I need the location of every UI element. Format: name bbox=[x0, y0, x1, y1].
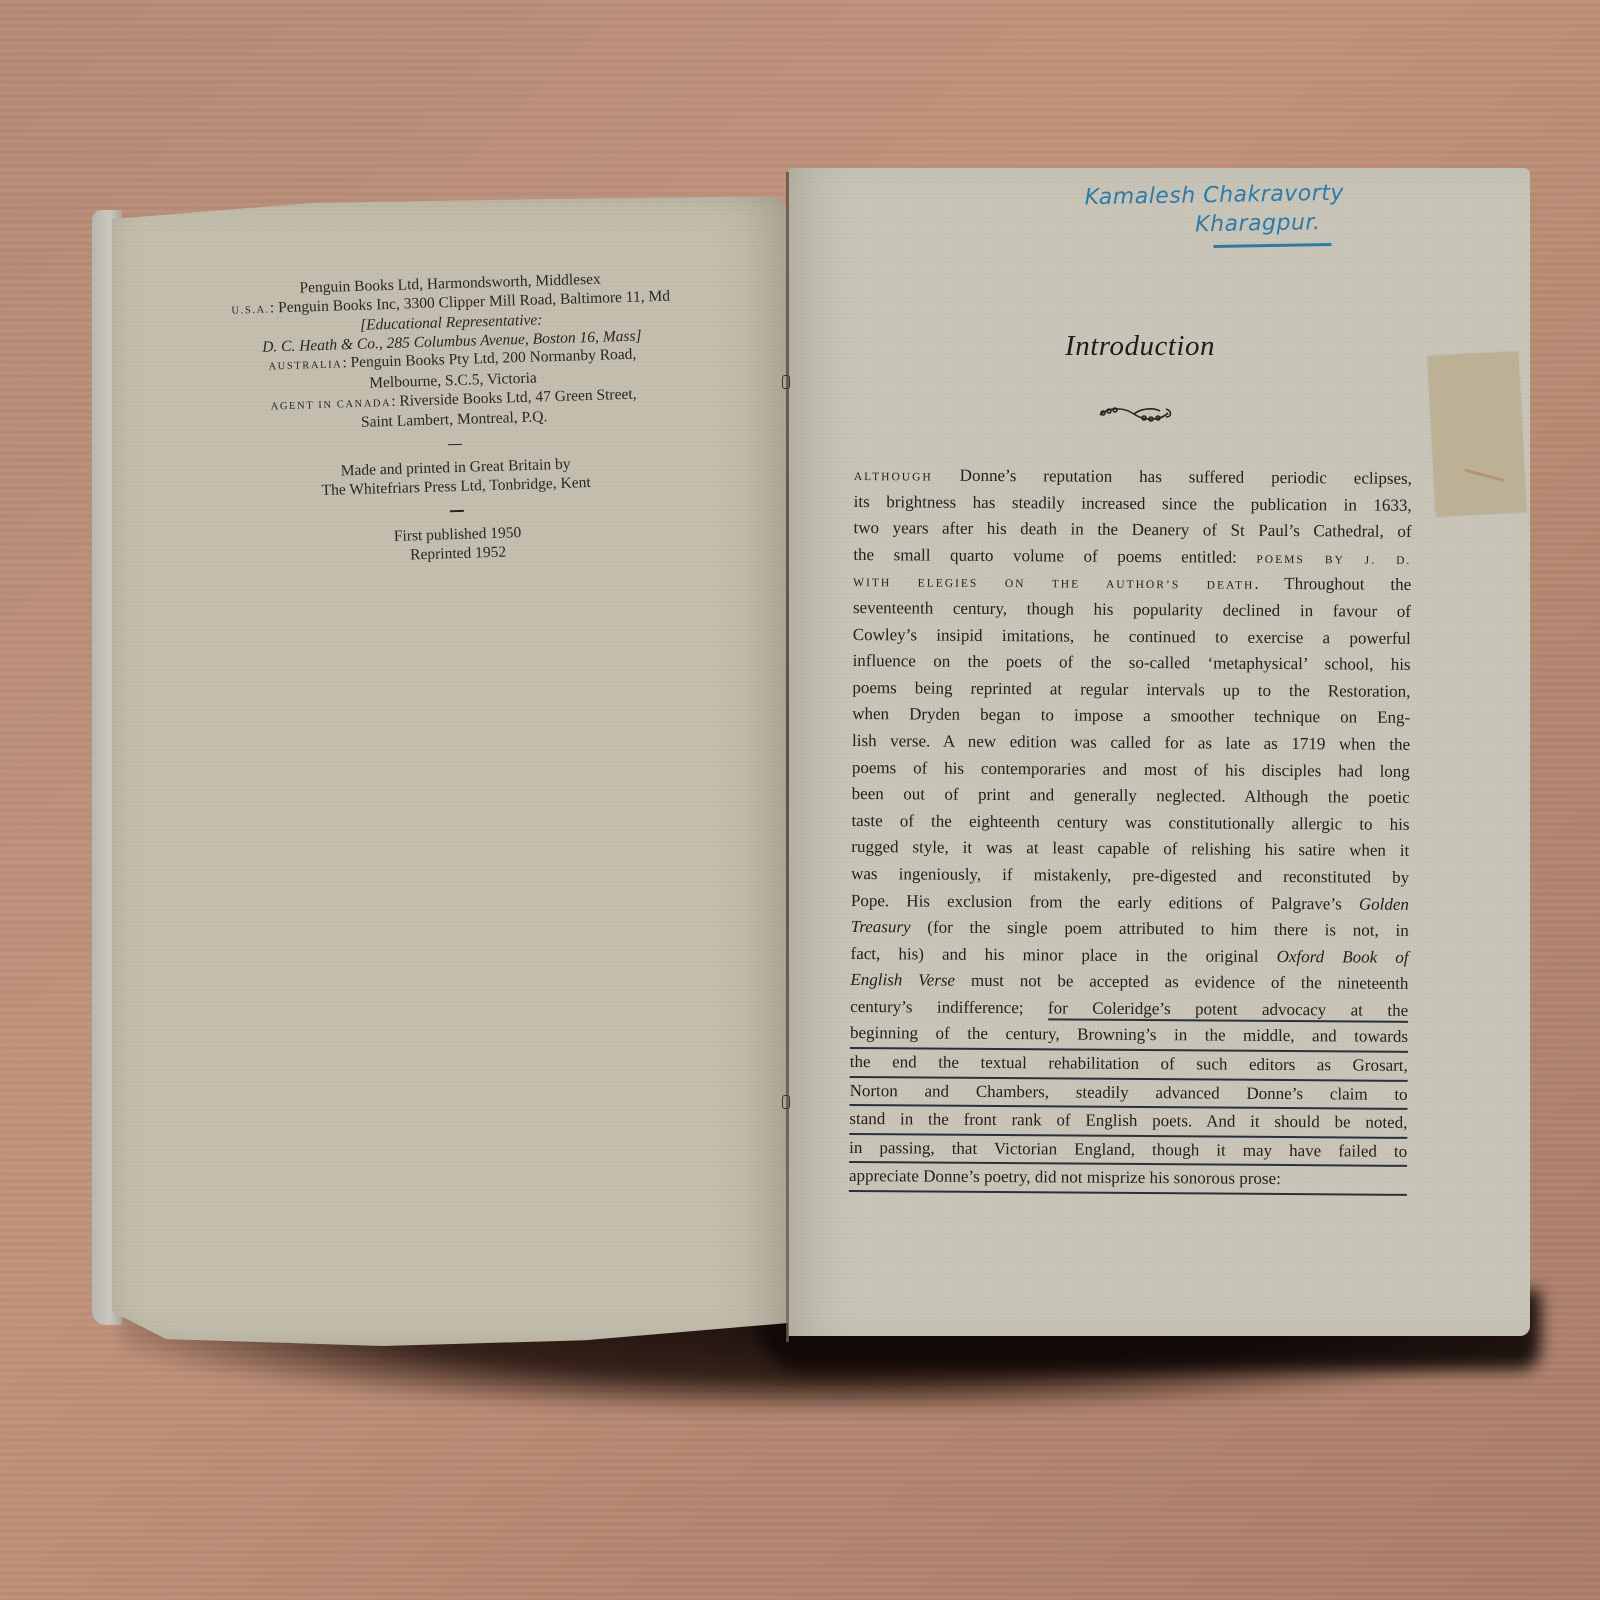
text-line: the small quarto volume of poems entitle… bbox=[853, 542, 1411, 572]
printer-lines: Made and printed in Great Britain byThe … bbox=[190, 451, 721, 504]
text-run: two years after his death in the Deanery… bbox=[853, 518, 1411, 541]
text-line: Treasury (for the single poem attributed… bbox=[851, 914, 1409, 944]
fleuron-ornament-icon bbox=[1094, 403, 1174, 425]
text-run: Cowley’s insipid imitations, he continue… bbox=[853, 625, 1411, 648]
text-line: rugged style, it was at least capable of… bbox=[851, 834, 1409, 864]
text-line: English Verse must not be accepted as ev… bbox=[850, 967, 1408, 997]
text-run: the end the textual rehabilitation of su… bbox=[850, 1052, 1408, 1075]
underlined-text-line: the end the textual rehabilitation of su… bbox=[850, 1049, 1408, 1081]
text-line: seventeenth century, though his populari… bbox=[853, 595, 1411, 625]
text-run: was ingeniously, if mistakenly, pre-dige… bbox=[851, 864, 1409, 887]
country-label: AUSTRALIA bbox=[268, 360, 342, 373]
text-run: been out of print and generally neglecte… bbox=[852, 784, 1410, 807]
text-line: when Dryden began to impose a smoother t… bbox=[852, 701, 1410, 731]
adhesive-tape-patch bbox=[1428, 352, 1526, 516]
italic-title: English Verse bbox=[850, 970, 955, 990]
text-line: century’s indifference; for Coleridge’s … bbox=[850, 994, 1408, 1024]
binding-stitch bbox=[782, 1095, 790, 1109]
text-line: with elegies on the author’s death. Thro… bbox=[853, 568, 1411, 598]
text-line: fact, his) and his minor place in the or… bbox=[850, 941, 1408, 971]
underlined-text-line: appreciate Donne’s poetry, did not mispr… bbox=[849, 1163, 1407, 1195]
text-run: influence on the poets of the so-called … bbox=[853, 651, 1411, 674]
text-run: fact, his) and his minor place in the or… bbox=[851, 944, 1277, 966]
text-line: Although Donne’s reputation has suffered… bbox=[854, 462, 1412, 492]
text-run: taste of the eighteenth century was cons… bbox=[851, 811, 1409, 834]
text-run: must not be accepted as evidence of the … bbox=[955, 971, 1408, 993]
text-run: . Throughout the bbox=[1254, 574, 1411, 594]
introduction-body-text: Although Donne’s reputation has suffered… bbox=[849, 462, 1412, 1196]
text-line: was ingeniously, if mistakenly, pre-dige… bbox=[851, 861, 1409, 891]
country-label: U.S.A. bbox=[231, 304, 270, 316]
text-line: Pope. His exclusion from the early editi… bbox=[851, 887, 1409, 917]
italic-title: Oxford Book of bbox=[1277, 947, 1409, 967]
small-caps-text: Although bbox=[854, 471, 933, 484]
italic-title: Golden bbox=[1359, 894, 1409, 913]
handwritten-place: Kharagpur. bbox=[1085, 210, 1345, 240]
text-run: for Coleridge’s potent advocacy at the bbox=[1048, 998, 1408, 1023]
text-line: poems being reprinted at regular interva… bbox=[852, 675, 1410, 705]
text-line: lish verse. A new edition was called for… bbox=[852, 728, 1410, 758]
text-run: poems being reprinted at regular interva… bbox=[852, 678, 1410, 701]
text-run: century’s indifference; bbox=[850, 997, 1048, 1017]
text-run: Pope. His exclusion from the early editi… bbox=[851, 890, 1359, 913]
text-line: been out of print and generally neglecte… bbox=[852, 781, 1410, 811]
section-rule bbox=[448, 444, 462, 446]
text-line: two years after his death in the Deanery… bbox=[853, 515, 1411, 545]
text-line: poems of his contemporaries and most of … bbox=[852, 755, 1410, 785]
text-run: lish verse. A new edition was called for… bbox=[852, 731, 1410, 754]
text-run: in passing, that Victorian England, thou… bbox=[849, 1138, 1407, 1161]
text-line: its brightness has steadily increased si… bbox=[854, 489, 1412, 519]
binding-stitch bbox=[782, 375, 790, 389]
text-line: influence on the poets of the so-called … bbox=[853, 648, 1411, 678]
text-run: poems of his contemporaries and most of … bbox=[852, 758, 1410, 781]
text-line: Cowley’s insipid imitations, he continue… bbox=[853, 622, 1411, 652]
text-run: stand in the front rank of English poets… bbox=[849, 1109, 1407, 1132]
underlined-text-line: Norton and Chambers, steadily advanced D… bbox=[850, 1078, 1408, 1110]
text-run: Norton and Chambers, steadily advanced D… bbox=[850, 1081, 1408, 1104]
text-line: taste of the eighteenth century was cons… bbox=[851, 808, 1409, 838]
text-run: (for the single poem attributed to him t… bbox=[911, 918, 1409, 940]
section-rule bbox=[450, 510, 464, 512]
underlined-text-line: stand in the front rank of English poets… bbox=[849, 1106, 1407, 1138]
imprint-address-lines: Penguin Books Ltd, Harmondsworth, Middle… bbox=[185, 267, 719, 437]
imprint-block: Penguin Books Ltd, Harmondsworth, Middle… bbox=[185, 267, 723, 571]
text-run: appreciate Donne’s poetry, did not mispr… bbox=[849, 1166, 1281, 1188]
text-run: when Dryden began to impose a smoother t… bbox=[852, 704, 1410, 727]
chapter-title: Introduction bbox=[1020, 330, 1260, 363]
text-run: its brightness has steadily increased si… bbox=[854, 492, 1412, 515]
small-caps-text: with elegies on the author’s death bbox=[853, 577, 1254, 592]
text-run: the small quarto volume of poems entitle… bbox=[853, 545, 1256, 567]
handwritten-owner-note: Kamalesh Chakravorty Kharagpur. bbox=[1084, 181, 1344, 250]
underlined-text-line: in passing, that Victorian England, thou… bbox=[849, 1135, 1407, 1167]
text-run: rugged style, it was at least capable of… bbox=[851, 837, 1409, 860]
text-run: Donne’s reputation has suffered periodic… bbox=[933, 466, 1412, 488]
text-run: beginning of the century, Browning’s in … bbox=[850, 1023, 1408, 1046]
text-run: seventeenth century, though his populari… bbox=[853, 598, 1411, 621]
small-caps-text: poems by j. d. bbox=[1256, 554, 1411, 567]
handwritten-name: Kamalesh Chakravorty bbox=[1084, 181, 1344, 211]
underlined-text-line: beginning of the century, Browning’s in … bbox=[850, 1020, 1408, 1052]
country-label: AGENT IN CANADA bbox=[271, 397, 392, 412]
italic-title: Treasury bbox=[851, 917, 911, 936]
book-gutter bbox=[786, 172, 789, 1342]
